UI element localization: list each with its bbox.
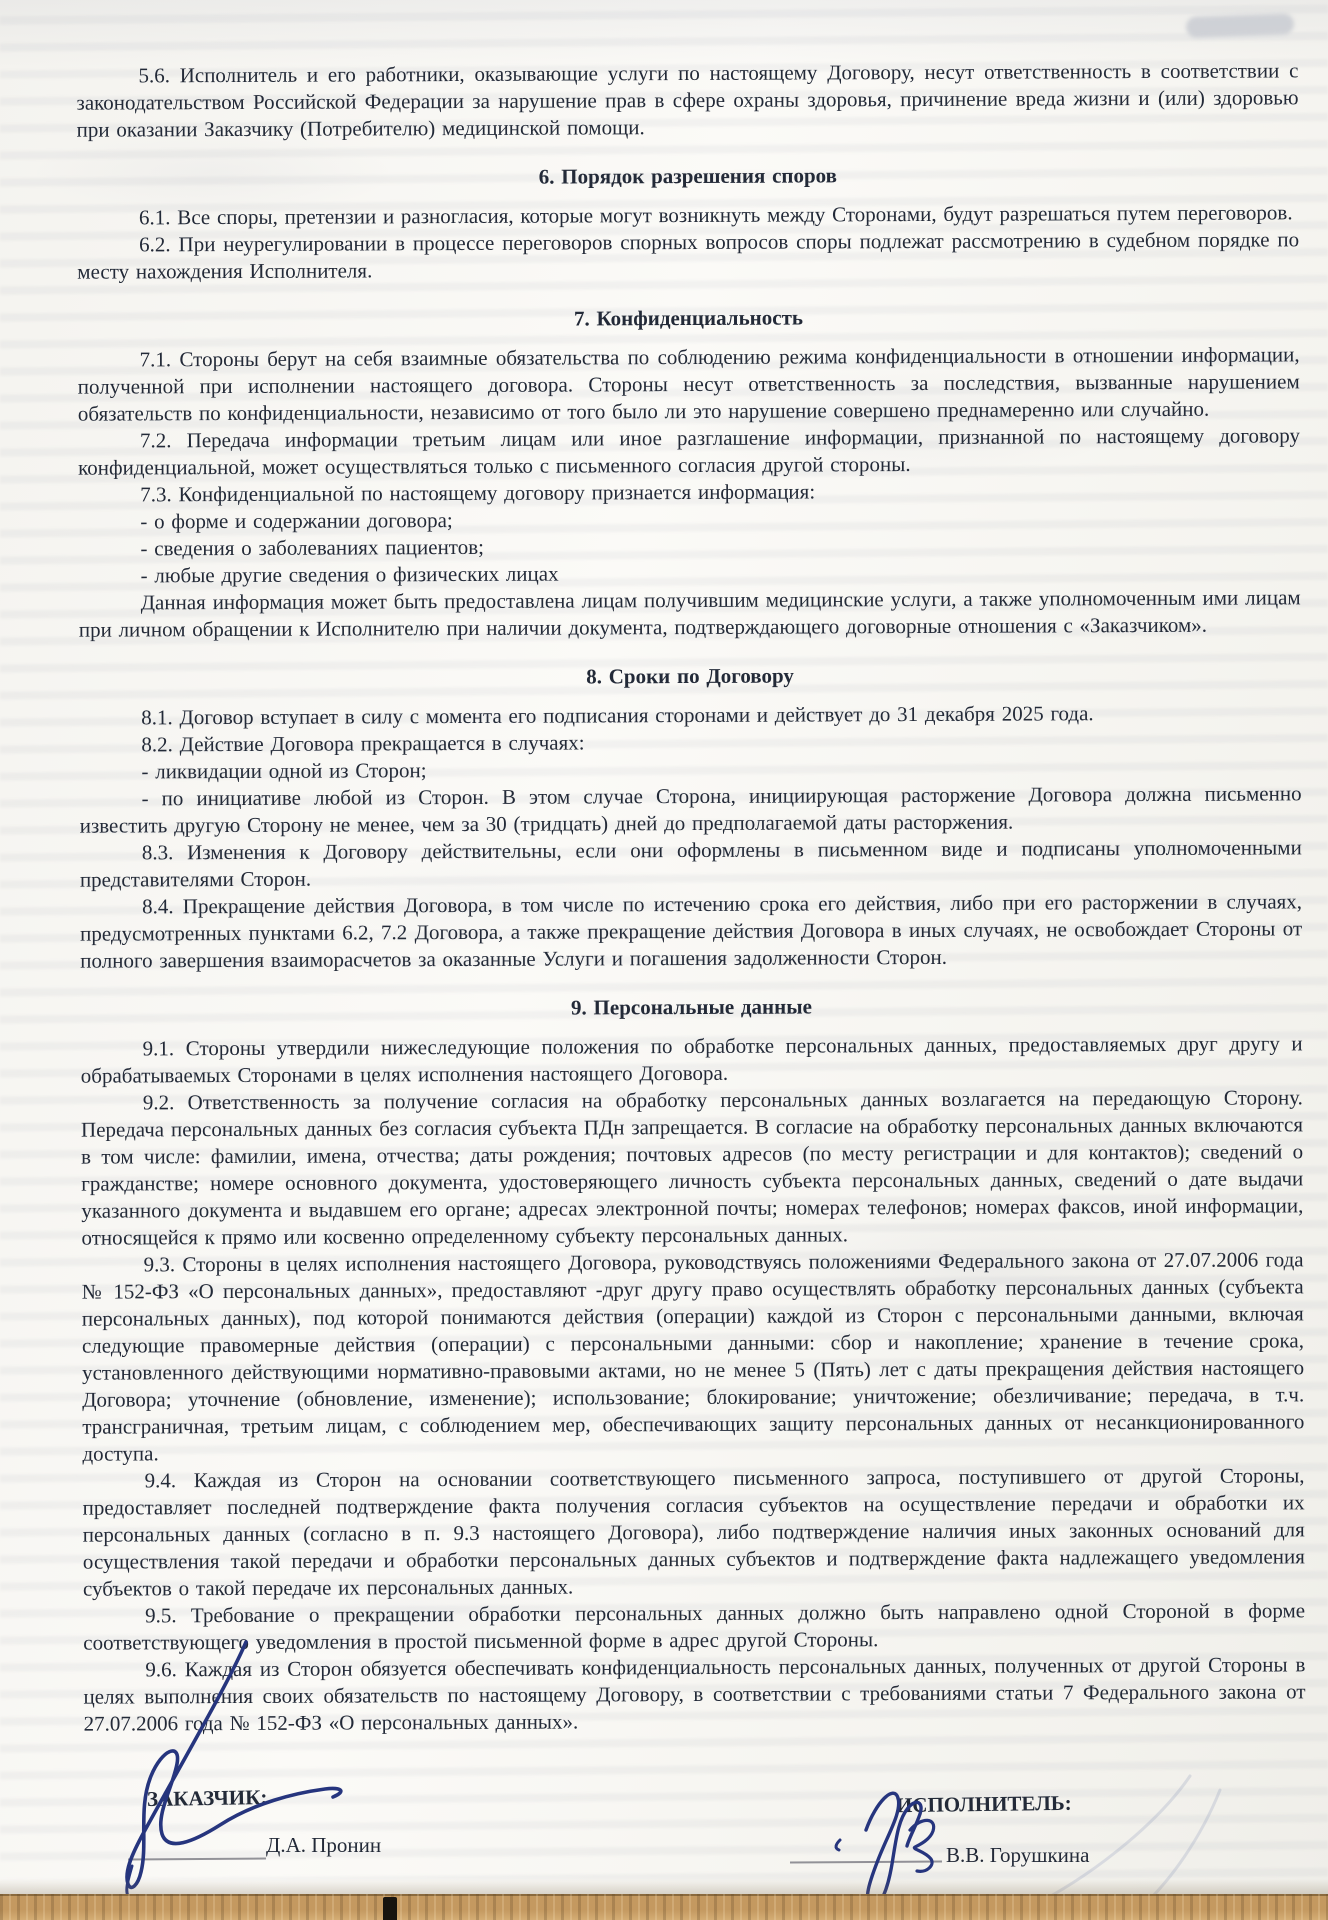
- clause-8-2-case: - по инициативе любой из Сторон. В этом …: [80, 780, 1302, 839]
- clause-7-1: 7.1. Стороны берут на себя взаимные обяз…: [78, 341, 1300, 427]
- customer-signature-line: [128, 1858, 266, 1861]
- desk-dark-object: [383, 1897, 397, 1920]
- section-7-heading: 7. Конфиденциальность: [77, 302, 1299, 334]
- clause-7-2: 7.2. Передача информации третьим лицам и…: [78, 422, 1300, 481]
- contractor-name: В.В. Горушкина: [946, 1843, 1089, 1868]
- clause-9-1: 9.1. Стороны утвердили нижеследующие пол…: [81, 1030, 1303, 1089]
- desk-surface: [0, 1894, 1328, 1920]
- contractor-label: ИСПОЛНИТЕЛЬ:: [896, 1791, 1072, 1818]
- section-6-heading: 6. Порядок разрешения споров: [77, 160, 1299, 192]
- corner-smudge: [1186, 13, 1295, 38]
- clause-9-4: 9.4. Каждая из Сторон на основании соотв…: [82, 1462, 1305, 1602]
- contractor-signature-line: [790, 1860, 942, 1863]
- contract-text-column: 5.6. Исполнитель и его работники, оказыв…: [76, 57, 1305, 1737]
- clause-9-6: 9.6. Каждая из Сторон обязуется обеспечи…: [83, 1651, 1305, 1737]
- clause-6-2: 6.2. При неурегулировании в процессе пер…: [77, 226, 1299, 285]
- clause-7-3-note: Данная информация может быть предоставле…: [79, 584, 1301, 643]
- customer-name: Д.А. Пронин: [266, 1833, 381, 1858]
- section-9-heading: 9. Персональные данные: [80, 991, 1302, 1023]
- paper-bottom-edge: [0, 1879, 1328, 1895]
- clause-5-6: 5.6. Исполнитель и его работники, оказыв…: [76, 57, 1298, 143]
- scanned-contract-page: 5.6. Исполнитель и его работники, оказыв…: [0, 0, 1328, 1920]
- section-8-heading: 8. Сроки по Договору: [79, 660, 1301, 692]
- clause-9-2: 9.2. Ответственность за получение соглас…: [81, 1084, 1304, 1251]
- clause-9-5: 9.5. Требование о прекращении обработки …: [83, 1597, 1305, 1656]
- clause-8-3: 8.3. Изменения к Договору действительны,…: [80, 834, 1302, 893]
- clause-9-3: 9.3. Стороны в целях исполнения настояще…: [82, 1246, 1305, 1467]
- clause-8-4: 8.4. Прекращение действия Договора, в то…: [80, 888, 1302, 974]
- customer-label: ЗАКАЗЧИК:: [147, 1785, 268, 1812]
